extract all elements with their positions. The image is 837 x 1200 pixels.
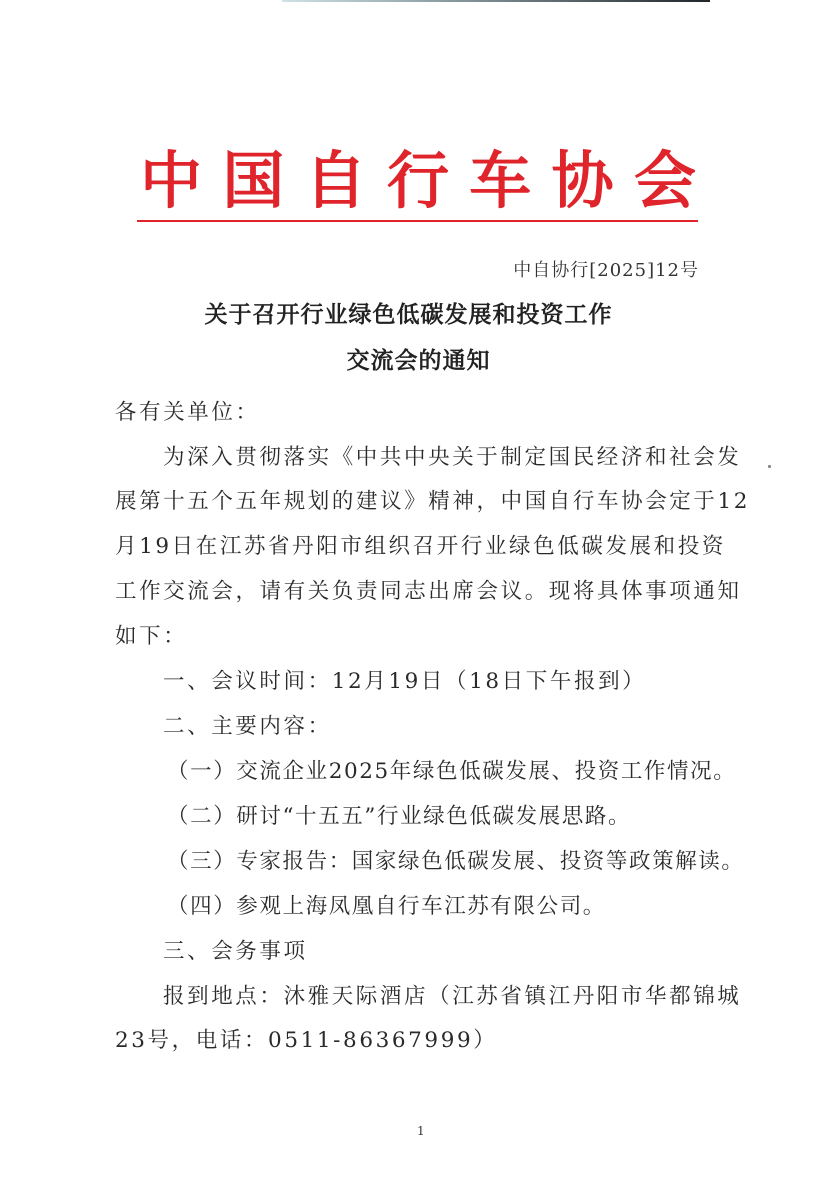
letterhead-char: 自 [303,142,369,220]
page-number: 1 [417,1124,425,1138]
body-line: 工作交流会，请有关负责同志出席会议。现将具体事项通知 [115,579,742,605]
letterhead-char: 协 [550,142,616,220]
section-meeting-time: 一、会议时间：12月19日（18日下午报到） [163,669,646,695]
body-line: 展第十五个五年规划的建议》精神，中国自行车协会定于12 [115,489,750,515]
letterhead-char: 国 [220,142,286,220]
document-title-line-2: 交流会的通知 [0,342,837,375]
letterhead-char: 中 [138,142,204,220]
salutation: 各有关单位： [115,400,260,426]
registration-line: 23号，电话：0511-86367999） [115,1028,497,1054]
section-main-content-heading: 二、主要内容： [163,714,332,740]
letterhead-char: 会 [632,142,698,220]
letterhead-org-name: 中 国 自 行 车 协 会 [138,142,698,220]
section-affairs-heading: 三、会务事项 [163,939,308,965]
document-number: 中自协行[2025]12号 [513,256,699,282]
letterhead-char: 车 [467,142,533,220]
document-title-line-1: 关于召开行业绿色低碳发展和投资工作 [0,296,827,329]
main-content-item: （三）专家报告：国家绿色低碳发展、投资等政策解读。 [167,849,745,875]
letterhead-char: 行 [385,142,451,220]
scan-edge-artifact [282,0,710,2]
letterhead-divider [137,220,698,222]
registration-line: 报到地点：沐雅天际酒店（江苏省镇江丹阳市华都锦城 [163,984,741,1010]
main-content-item: （一）交流企业2025年绿色低碳发展、投资工作情况。 [167,759,736,785]
body-line: 为深入贯彻落实《中共中央关于制定国民经济和社会发 [163,445,741,471]
scan-speck [768,465,771,468]
main-content-item: （四）参观上海凤凰自行车江苏有限公司。 [167,894,606,920]
body-line: 如下： [115,624,187,650]
body-line: 月19日在江苏省丹阳市组织召开行业绿色低碳发展和投资 [115,534,726,560]
main-content-item: （二）研讨“十五五”行业绿色低碳发展思路。 [167,804,631,830]
